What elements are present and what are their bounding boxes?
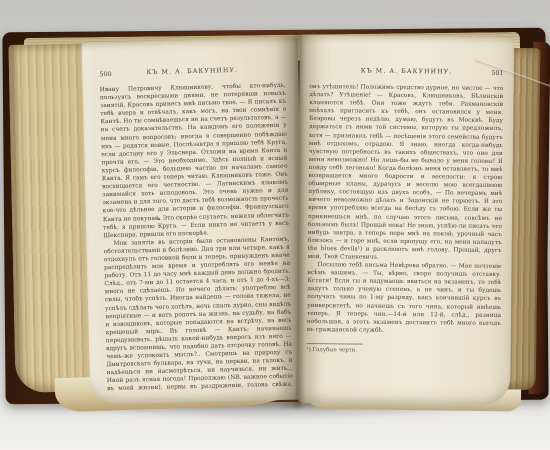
right-page: КЪ М. А. БАКУНИНУ. 501 онъ утѣшитель! По…	[296, 35, 514, 405]
paper-speck	[240, 369, 242, 371]
right-page-number: 501	[491, 69, 503, 77]
left-running-head: 500 КЪ М. А. БАКУНИНУ.	[99, 66, 285, 78]
right-page-paragraphs: онъ утѣшитель! Положимъ средство дурное,…	[307, 83, 504, 336]
footnote-block: ¹) Голубые черти.	[307, 343, 501, 355]
paragraph: онъ утѣшитель! Положимъ средство дурное,…	[308, 83, 504, 263]
footnote-rule	[307, 343, 363, 345]
footnote-text: ¹) Голубые черти.	[307, 347, 501, 355]
paper-speck	[158, 218, 160, 220]
left-page-text: Ивану Петровичу Клюшникову, чтобы кто-ни…	[100, 82, 293, 392]
left-running-title: КЪ М. А. БАКУНИНУ.	[99, 66, 285, 78]
paragraph: Посылаю тебѣ письма Невѣрова обратно. — …	[307, 261, 502, 336]
left-page-number: 500	[99, 70, 111, 78]
right-running-title: КЪ М. А. БАКУНИНУ.	[310, 67, 504, 76]
paragraph: Ивану Петровичу Клюшникову, чтобы кто-ни…	[100, 82, 290, 240]
paragraph: Мои занятія въ исторіи были остановлены …	[103, 235, 293, 392]
right-running-head: КЪ М. А. БАКУНИНУ. 501	[310, 67, 504, 76]
photo-of-open-book: 500 КЪ М. А. БАКУНИНУ. Ивану Петровичу К…	[0, 0, 550, 450]
left-page: 500 КЪ М. А. БАКУНИНУ. Ивану Петровичу К…	[82, 37, 307, 404]
right-page-text: онъ утѣшитель! Положимъ средство дурное,…	[307, 83, 504, 339]
